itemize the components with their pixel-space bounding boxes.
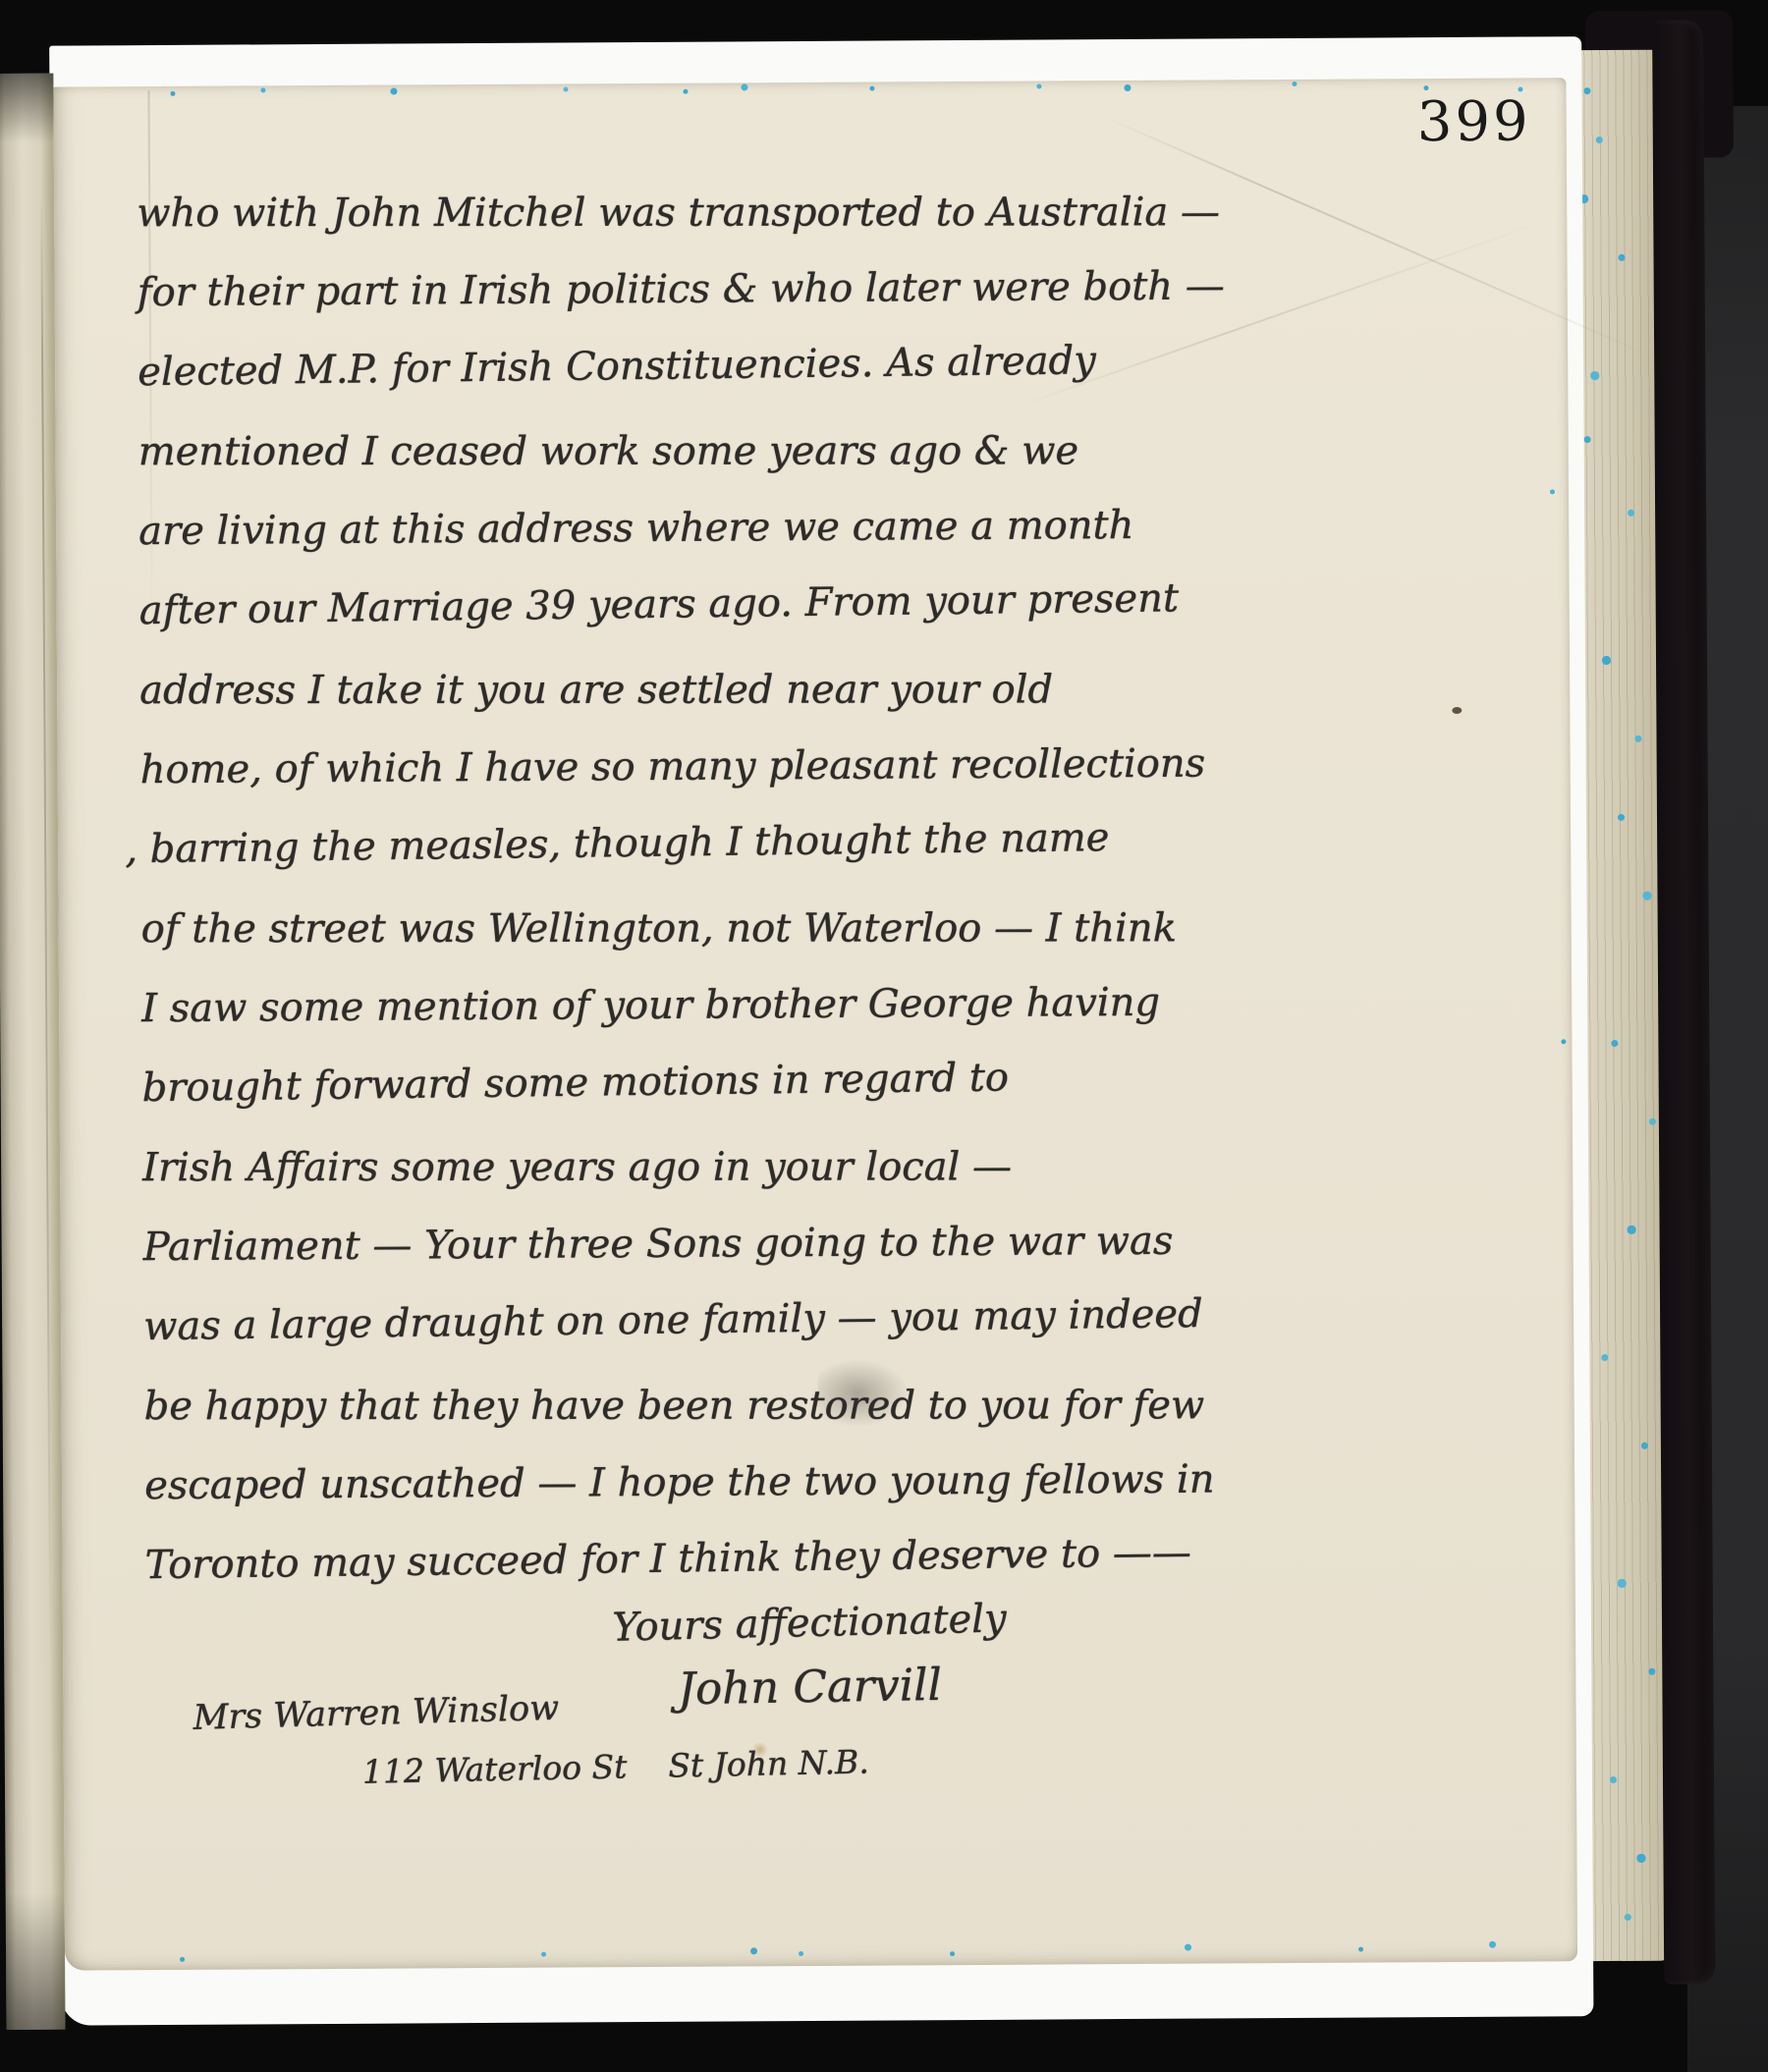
book-cover-edge <box>1652 20 1715 1984</box>
open-book-photograph: 399 who with John Mitchel was transporte… <box>0 0 1768 2072</box>
manuscript-page: 399 who with John Mitchel was transporte… <box>53 78 1577 1970</box>
recipient-block: Mrs Warren Winslow 112 Waterloo St St Jo… <box>193 1695 868 1792</box>
letter-line: brought forward some motions in regard t… <box>141 1031 1518 1127</box>
closing-line: Yours affectionately <box>553 1587 1065 1660</box>
letter-line: Irish Affairs some years ago in your loc… <box>142 1126 1518 1207</box>
letter-line: who with John Mitchel was transported to… <box>137 172 1512 252</box>
letter-line: address I take it you are settled near y… <box>139 649 1515 730</box>
letter-line: mentioned I ceased work some years ago &… <box>138 410 1514 491</box>
recipient-name: Mrs Warren Winslow <box>193 1680 869 1738</box>
letter-line: was a large draught on one family — you … <box>143 1270 1519 1366</box>
page-number: 399 <box>1417 89 1531 154</box>
letter-body: who with John Mitchel was transported to… <box>137 165 1520 1606</box>
letter-line: Toronto may succeed for I think they des… <box>144 1508 1520 1605</box>
letter-line: elected M.P. for Irish Constituencies. A… <box>138 315 1514 411</box>
letter-line: after our Marriage 39 years ago. From yo… <box>138 554 1515 650</box>
letter-line: , barring the measles, though I thought … <box>125 792 1517 889</box>
page-edge-speckles <box>53 87 56 90</box>
letter-line: of the street was Wellington, not Waterl… <box>141 888 1517 968</box>
letter-line: be happy that they have been restored to… <box>144 1365 1519 1445</box>
recipient-address: 112 Waterloo St St John N.B. <box>362 1742 870 1790</box>
